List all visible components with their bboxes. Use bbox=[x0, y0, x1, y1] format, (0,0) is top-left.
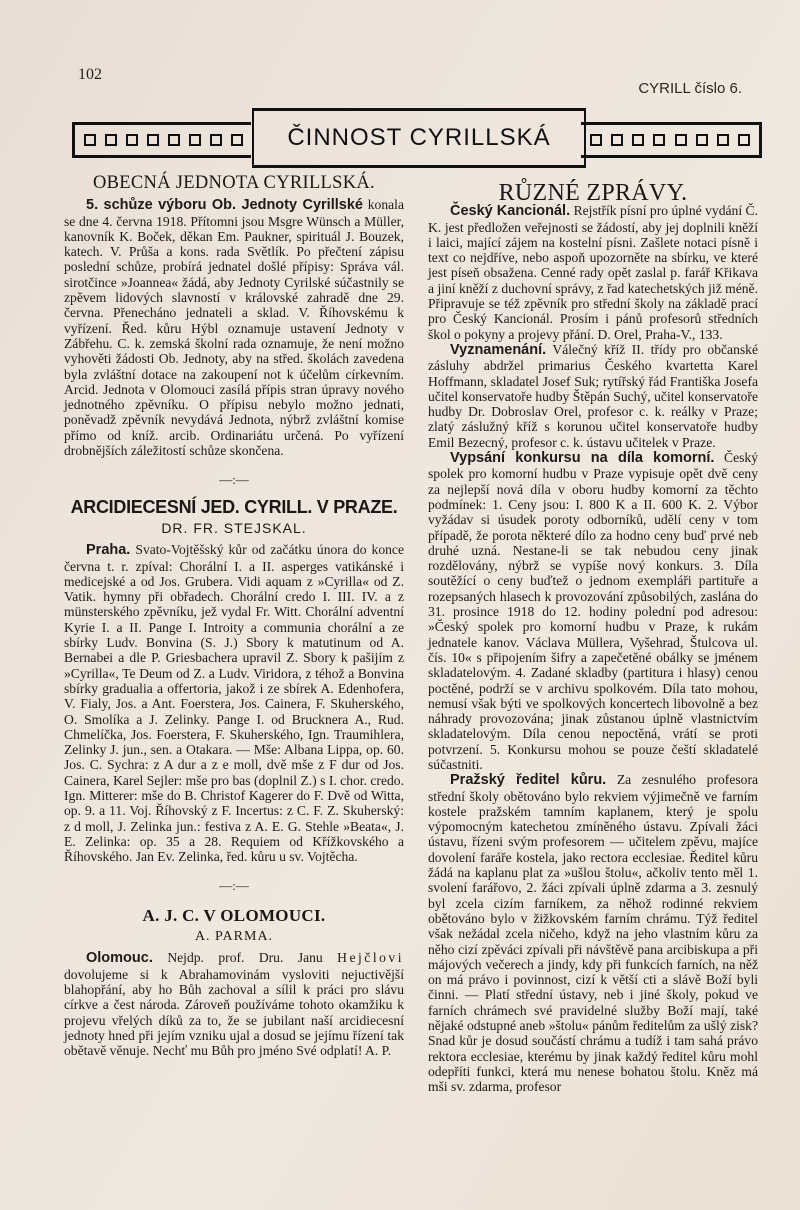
article-body: dovolujeme si k Abrahamovinám vysloviti … bbox=[64, 967, 404, 1058]
news-lead: Český Kancionál. bbox=[450, 203, 570, 219]
section-separator: —:— bbox=[64, 878, 404, 893]
news-body: Rejstřík písní pro úplné vydání Č. K. je… bbox=[428, 203, 758, 341]
banner-ornament-right bbox=[581, 122, 762, 158]
news-item: Pražský ředitel kůru. Za zesnulého profe… bbox=[428, 772, 758, 1094]
square-ornament-icon bbox=[126, 134, 138, 146]
square-ornament-icon bbox=[696, 134, 708, 146]
article-lead: Olomouc. bbox=[86, 950, 153, 966]
section-heading-ruzne-zpravy: RŮZNÉ ZPRÁVY. bbox=[428, 186, 758, 201]
square-ornament-icon bbox=[147, 134, 159, 146]
banner-title: ČINNOST CYRILLSKÁ bbox=[252, 108, 586, 168]
square-ornament-icon bbox=[738, 134, 750, 146]
square-ornament-icon bbox=[84, 134, 96, 146]
square-ornament-icon bbox=[210, 134, 222, 146]
news-lead: Vypsání konkursu na díla komorní. bbox=[450, 450, 714, 466]
square-ornament-icon bbox=[675, 134, 687, 146]
banner-ornament-left bbox=[72, 122, 251, 158]
right-column: RŮZNÉ ZPRÁVY. Český Kancionál. Rejstřík … bbox=[428, 186, 758, 1095]
running-head: CYRILL číslo 6. bbox=[638, 80, 742, 97]
news-body: Za zesnulého profesora střední školy obě… bbox=[428, 772, 758, 1094]
magazine-page: 102 CYRILL číslo 6. ČINNOST CYRILLSKÁ OB… bbox=[0, 0, 800, 1210]
page-number: 102 bbox=[78, 66, 102, 84]
section-separator: —:— bbox=[64, 472, 404, 487]
news-item: Český Kancionál. Rejstřík písní pro úpln… bbox=[428, 203, 758, 342]
section-heading-obecna-jednota: OBECNÁ JEDNOTA CYRILLSKÁ. bbox=[64, 176, 404, 191]
square-ornament-icon bbox=[717, 134, 729, 146]
section-heading-olomouc: A. J. C. V OLOMOUCI. bbox=[64, 908, 404, 923]
news-body: Válečný kříž II. třídy pro občanské zásl… bbox=[428, 342, 758, 450]
square-ornament-icon bbox=[611, 134, 623, 146]
article-lead: Praha. bbox=[86, 542, 130, 558]
article-body: Svato-Vojtěšský kůr od začátku února do … bbox=[64, 542, 404, 864]
article-body-emphasis: Hejčlovi bbox=[337, 950, 404, 965]
article-paragraph: Praha. Svato-Vojtěšský kůr od začátku ún… bbox=[64, 542, 404, 864]
square-ornament-icon bbox=[105, 134, 117, 146]
square-ornament-icon bbox=[590, 134, 602, 146]
news-body: Český spolek pro komorní hudbu v Praze v… bbox=[428, 450, 758, 772]
news-item: Vyznamenání. Válečný kříž II. třídy pro … bbox=[428, 342, 758, 450]
section-author: DR. FR. STEJSKAL. bbox=[64, 521, 404, 536]
section-author: A. PARMA. bbox=[64, 929, 404, 944]
news-item: Vypsání konkursu na díla komorní. Český … bbox=[428, 450, 758, 772]
article-body: konala se dne 4. června 1918. Přítomni j… bbox=[64, 197, 404, 458]
left-column: OBECNÁ JEDNOTA CYRILLSKÁ. 5. schůze výbo… bbox=[64, 176, 404, 1058]
article-paragraph: Olomouc. Nejdp. prof. Dru. Janu Hejčlovi… bbox=[64, 950, 404, 1058]
news-lead: Pražský ředitel kůru. bbox=[450, 772, 606, 788]
square-ornament-icon bbox=[653, 134, 665, 146]
square-ornament-icon bbox=[168, 134, 180, 146]
article-lead: 5. schůze výboru Ob. Jednoty Cyrillské bbox=[86, 197, 363, 213]
square-ornament-icon bbox=[189, 134, 201, 146]
article-body: Nejdp. prof. Dru. Janu bbox=[167, 950, 322, 965]
news-lead: Vyznamenání. bbox=[450, 342, 546, 358]
article-paragraph: 5. schůze výboru Ob. Jednoty Cyrillské k… bbox=[64, 197, 404, 458]
square-ornament-icon bbox=[632, 134, 644, 146]
section-heading-arcidiecesni: ARCIDIECESNÍ JED. CYRILL. V PRAZE. bbox=[64, 500, 404, 515]
section-banner: ČINNOST CYRILLSKÁ bbox=[72, 108, 762, 170]
square-ornament-icon bbox=[231, 134, 243, 146]
